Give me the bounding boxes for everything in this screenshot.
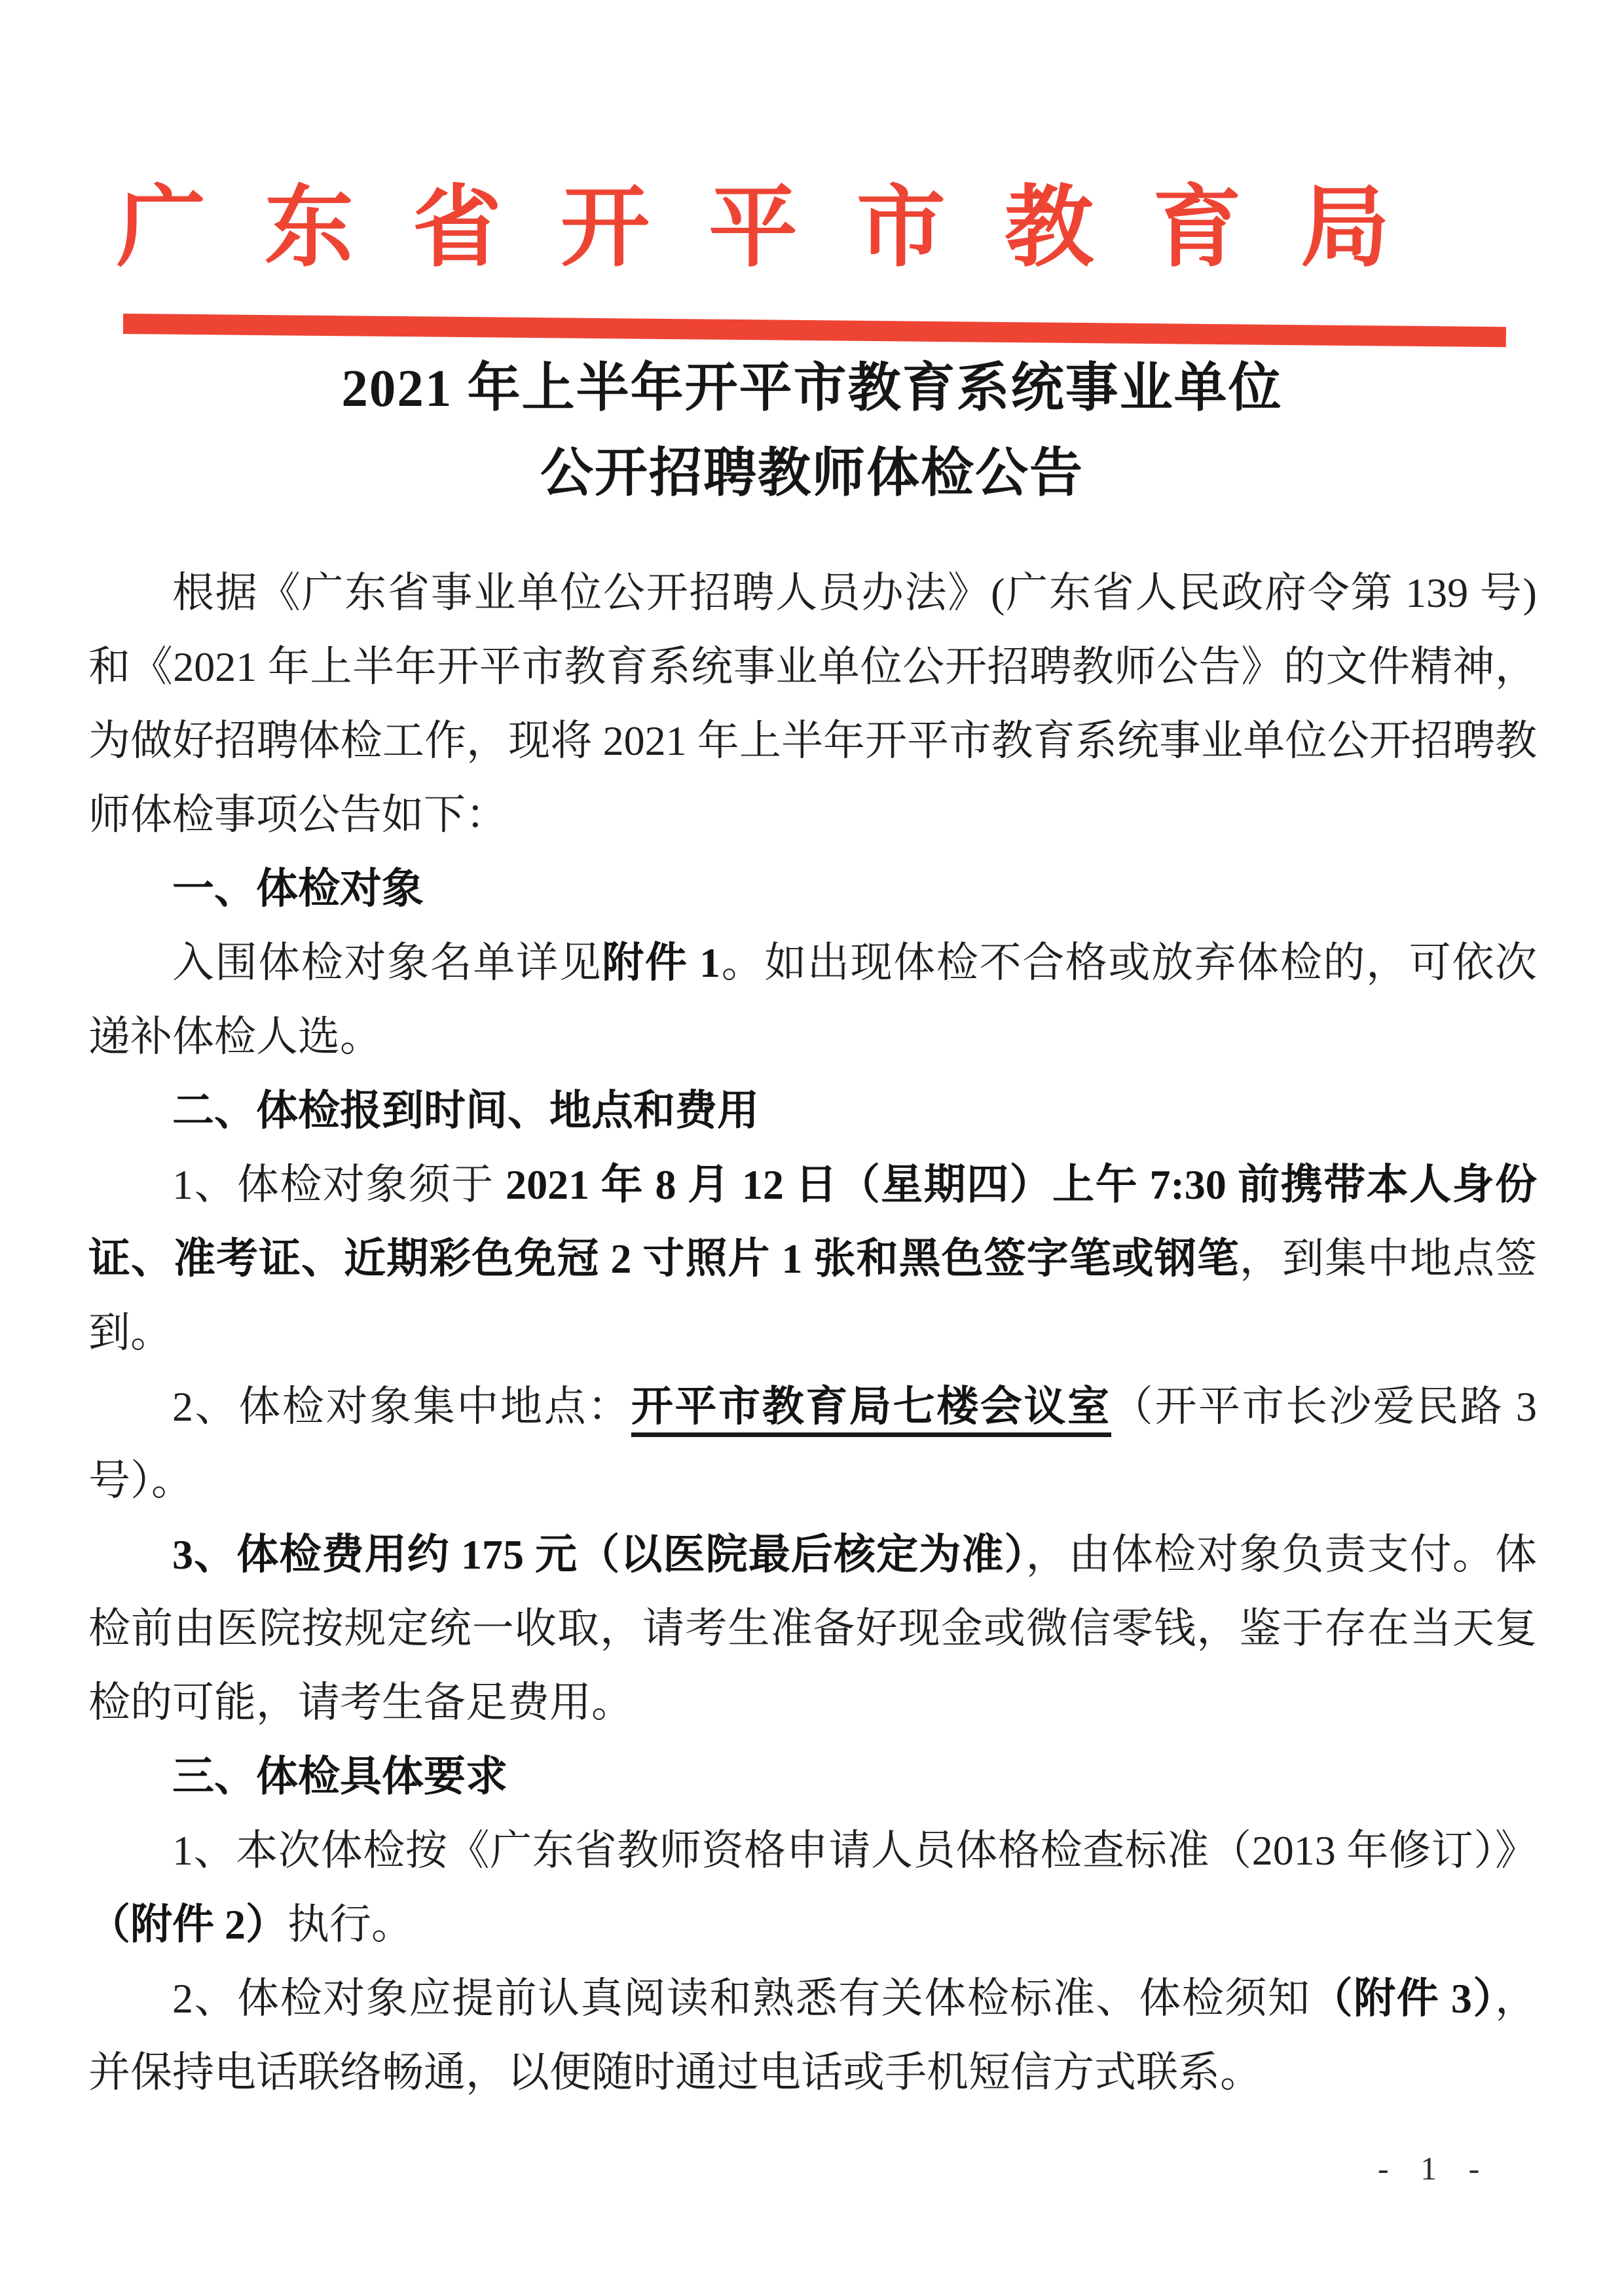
text-run: 三、体检具体要求 [172,1753,507,1800]
text-run: 二、体检报到时间、地点和费用 [172,1087,759,1134]
text-run: 根据《广东省事业单位公开招聘人员办法》(广东省人民政府令第 139 号)和《20… [88,570,1537,838]
paragraph: 1、本次体检按《广东省教师资格申请人员体格检查标准（2013 年修订）》（附件 … [88,1813,1537,1961]
section-heading: 一、体检对象 [88,852,1537,926]
text-run: 1、本次体检按《广东省教师资格申请人员体格检查标准（2013 年修订）》 [172,1827,1537,1874]
document-title-line-1: 2021 年上半年开平市教育系统事业单位 [0,346,1624,431]
paragraph: 2、体检对象集中地点：开平市教育局七楼会议室（开平市长沙爱民路 3 号）。 [88,1370,1537,1518]
text-run: （附件 3） [1311,1975,1495,2022]
section-heading: 三、体检具体要求 [88,1740,1537,1813]
text-run: 开平市教育局七楼会议室 [631,1383,1111,1437]
document-body: 根据《广东省事业单位公开招聘人员办法》(广东省人民政府令第 139 号)和《20… [88,556,1537,2109]
paragraph: 3、体检费用约 175 元（以医院最后核定为准），由体检对象负责支付。体检前由医… [88,1518,1537,1740]
text-run: 执行。 [287,1901,413,1948]
paragraph: 入围体检对象名单详见附件 1。如出现体检不合格或放弃体检的，可依次递补体检人选。 [88,926,1537,1074]
paragraph: 根据《广东省事业单位公开招聘人员办法》(广东省人民政府令第 139 号)和《20… [88,556,1537,852]
agency-title: 广东省开平市教育局 [117,175,1449,282]
text-run: （附件 2） [88,1901,287,1948]
paragraph: 1、体检对象须于 2021 年 8 月 12 日（星期四）上午 7:30 前携带… [88,1148,1537,1370]
text-run: 2、体检对象应提前认真阅读和熟悉有关体检标准、体检须知 [172,1975,1311,2022]
document-page: { "document": { "header": { "agency_name… [0,0,1624,2296]
text-run: 一、体检对象 [172,866,424,912]
text-run: 3、体检费用约 175 元（以医院最后核定为准） [172,1531,1026,1578]
text-run: 1、体检对象须于 [172,1161,506,1208]
page-number: - 1 - [1378,2149,1491,2187]
document-title: 2021 年上半年开平市教育系统事业单位 公开招聘教师体检公告 [0,346,1624,516]
text-run: 入围体检对象名单详见 [172,939,602,986]
text-run: 附件 1 [602,939,720,986]
document-title-line-2: 公开招聘教师体检公告 [0,431,1624,516]
text-run: 2、体检对象集中地点： [172,1383,631,1430]
section-heading: 二、体检报到时间、地点和费用 [88,1074,1537,1148]
header-rule [123,314,1506,347]
paragraph: 2、体检对象应提前认真阅读和熟悉有关体检标准、体检须知（附件 3），并保持电话联… [88,1961,1537,2109]
